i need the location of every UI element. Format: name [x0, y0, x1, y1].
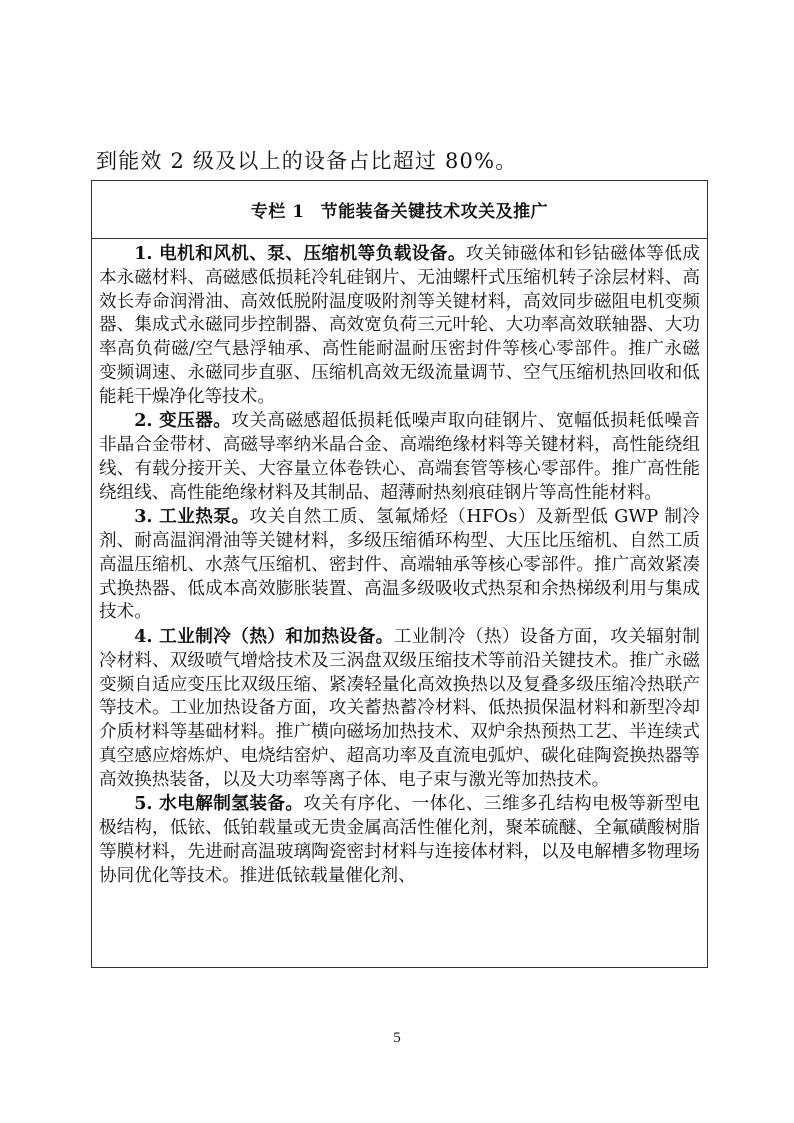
- item-heading: 3. 工业热泵。: [134, 506, 249, 527]
- item-heading: 1. 电机和风机、泵、压缩机等负载设备。: [134, 243, 466, 264]
- feature-box: 专栏 1 节能装备关键技术攻关及推广 1. 电机和风机、泵、压缩机等负载设备。攻…: [91, 180, 708, 968]
- item-body: 工业制冷（热）设备方面，攻关辐射制冷材料、双级喷气增焓技术及三涡盘双级压缩技术等…: [99, 627, 700, 790]
- box-item-electrolysis: 5. 水电解制氢装备。攻关有序化、一体化、三维多孔结构电极等新型电极结构，低铱、…: [99, 792, 700, 888]
- box-item-motors: 1. 电机和风机、泵、压缩机等负载设备。攻关铈磁体和钐钴磁体等低成本永磁材料、高…: [99, 242, 700, 409]
- item-heading: 5. 水电解制氢装备。: [134, 793, 303, 814]
- box-body: 1. 电机和风机、泵、压缩机等负载设备。攻关铈磁体和钐钴磁体等低成本永磁材料、高…: [92, 239, 707, 888]
- item-body: 攻关铈磁体和钐钴磁体等低成本永磁材料、高磁感低损耗冷轧硅钢片、无油螺杆式压缩机转…: [99, 244, 700, 407]
- box-title-text: 节能装备关键技术攻关及推广: [321, 197, 549, 222]
- box-title-number: 专栏 1: [251, 197, 305, 222]
- item-heading: 4. 工业制冷（热）和加热设备。: [134, 626, 394, 647]
- lead-paragraph-tail: 到能效 2 级及以上的设备占比超过 80%。: [96, 146, 517, 176]
- item-heading: 2. 变压器。: [134, 410, 231, 431]
- box-item-refrigeration-heating: 4. 工业制冷（热）和加热设备。工业制冷（热）设备方面，攻关辐射制冷材料、双级喷…: [99, 625, 700, 792]
- box-item-transformers: 2. 变压器。攻关高磁感超低损耗低噪声取向硅钢片、宽幅低损耗低噪音非晶合金带材、…: [99, 409, 700, 505]
- page-number: 5: [0, 1030, 794, 1047]
- box-title: 专栏 1 节能装备关键技术攻关及推广: [92, 181, 707, 239]
- box-item-heat-pumps: 3. 工业热泵。攻关自然工质、氢氟烯烃（HFOs）及新型低 GWP 制冷剂、耐高…: [99, 505, 700, 625]
